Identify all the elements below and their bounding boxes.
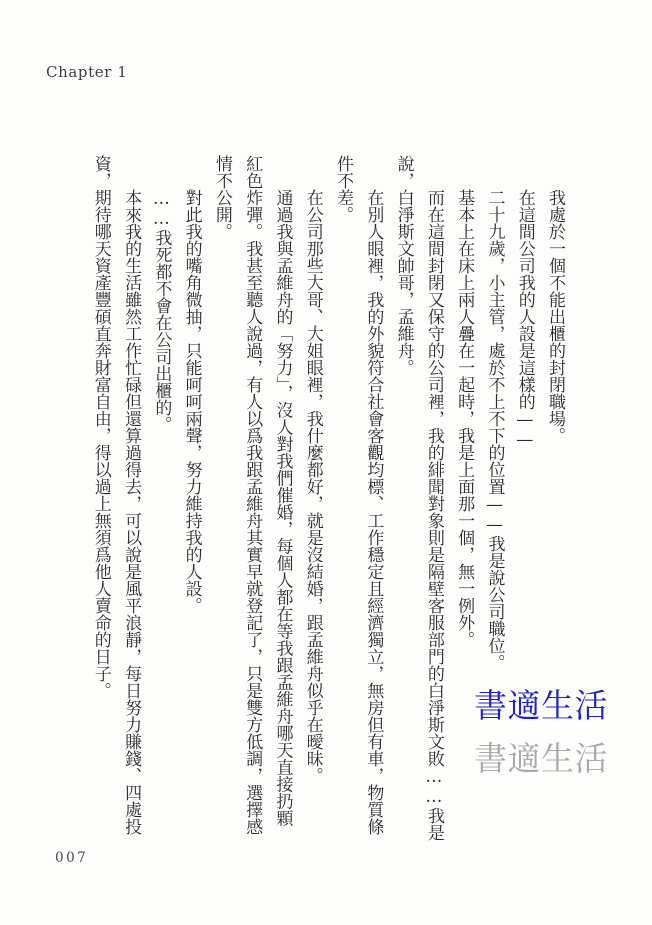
paragraph: 本來我的生活雖然工作忙碌但還算過得去，可以說是風平浪靜，每日努力賺錢、四處投資，… [86, 155, 147, 843]
watermark: 書適生活 書適生活 [474, 688, 608, 778]
watermark-primary-text: 書適生活 [474, 688, 608, 724]
paragraph: 通過我與孟維舟的「努力」，沒人對我們催婚，每個人都在等我跟孟維舟哪天直接扔顆紅色… [207, 155, 298, 843]
page-number: 007 [55, 850, 88, 866]
chapter-label: Chapter 1 [46, 63, 127, 81]
book-page: Chapter 1 我處於一個不能出櫃的封閉職場。 在這間公司我的人設是這樣的—… [0, 0, 652, 925]
paragraph: ……我死都不會在公司出櫃的。 [146, 155, 176, 843]
paragraph: 對此我的嘴角微抽，只能呵呵兩聲，努力維持我的人設。 [176, 155, 206, 843]
watermark-secondary-text: 書適生活 [474, 741, 608, 777]
paragraph: 在公司那些大哥、大姐眼裡，我什麼都好，就是沒結婚，跟孟維舟似乎在曖昧。 [297, 155, 327, 843]
paragraph: 而在這間封閉又保守的公司裡，我的緋聞對象則是隔壁客服部門的白淨斯文敗……我是說，… [388, 155, 449, 843]
paragraph: 在別人眼裡，我的外貌符合社會客觀均標、工作穩定且經濟獨立，無房但有車，物質條件不… [328, 155, 389, 843]
